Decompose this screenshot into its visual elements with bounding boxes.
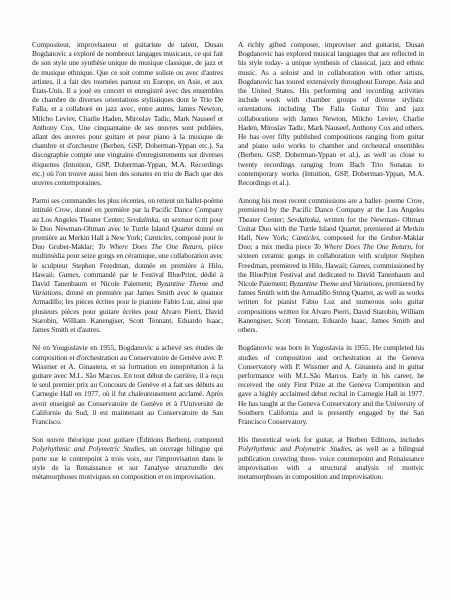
paragraph: Son œuvre théorique pour guitare (Éditio… — [32, 435, 223, 481]
french-column: Compositeur, improvisateur et guitariste… — [32, 40, 223, 490]
work-title-italic: Games — [350, 261, 370, 270]
paragraph: Compositeur, improvisateur et guitariste… — [32, 40, 223, 187]
work-title-italic: Games — [58, 270, 78, 279]
work-title-italic: Sevdalinka — [287, 215, 318, 224]
work-title-italic: To Where Does The One Return — [314, 242, 411, 251]
text-columns: Compositeur, improvisateur et guitariste… — [0, 0, 450, 490]
work-title-italic: Polyrhythmic and Polymetric Studies — [32, 444, 144, 453]
work-title-italic: Polyrhythmic and Polymetric Studies — [238, 444, 351, 453]
text-run: Son œuvre théorique pour guitare (Éditio… — [32, 435, 223, 444]
paragraph: Né en Yougoslavie en 1955, Bogdanovic a … — [32, 343, 223, 426]
paragraph: Among his most recent commissions are a … — [238, 196, 424, 334]
work-title-italic: Byzantine Theme and Variations — [289, 279, 382, 288]
paragraph: His theoretical work for guitar, at Berb… — [238, 435, 424, 481]
text-run: His theoretical work for guitar, at Berb… — [238, 435, 424, 444]
text-run: , premiered by James Smith with the Arma… — [238, 279, 424, 334]
work-title-italic: Crow — [406, 196, 422, 205]
document-page: Compositeur, improvisateur et guitariste… — [0, 0, 450, 600]
text-run: Né en Yougoslavie en 1955, Bogdanovic a … — [32, 343, 223, 426]
paragraph: Bogdanovic was born in Yugoslavia in 195… — [238, 343, 424, 426]
text-run: Compositeur, improvisateur et guitariste… — [32, 40, 223, 187]
work-title-italic: Canticles — [292, 233, 319, 242]
paragraph: Parmi ses commandes les plus récentes, o… — [32, 196, 223, 334]
work-title-italic: Sevdalinka — [127, 215, 158, 224]
text-run: A richly gifted composer, improviser and… — [238, 40, 424, 187]
work-title-italic: To Where Does The One Return — [98, 242, 202, 251]
text-run: Bogdanovic was born in Yugoslavia in 195… — [238, 343, 424, 426]
work-title-italic: Canticles — [144, 233, 171, 242]
paragraph: A richly gifted composer, improviser and… — [238, 40, 424, 187]
text-run: , donné en première par James Smith avec… — [32, 288, 223, 334]
work-title-italic: Crow — [55, 205, 71, 214]
text-run: Among his most recent commissions are a … — [238, 196, 406, 205]
english-column: A richly gifted composer, improviser and… — [238, 40, 424, 490]
